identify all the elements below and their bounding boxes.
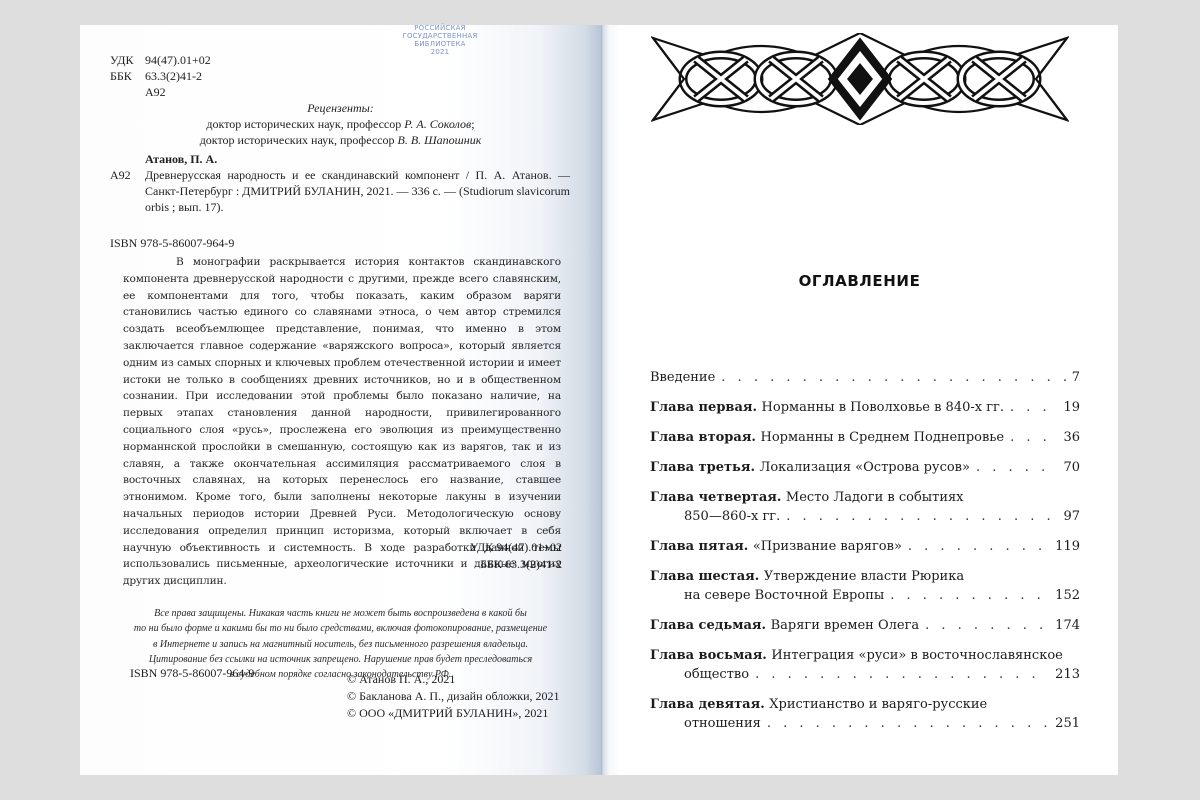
- toc-leader-dots: [908, 537, 1049, 556]
- toc-leader-dots: [1010, 398, 1057, 417]
- toc-chapter-title: Христианство и варяго-русские: [769, 697, 987, 712]
- celtic-knot-ornament-icon: [651, 33, 1069, 125]
- udk-label: УДК: [110, 52, 145, 68]
- book-spread: РОССИЙСКАЯ ГОСУДАРСТВЕННАЯ БИБЛИОТЕКА 20…: [80, 25, 1118, 775]
- rights-line: Все права защищены. Никакая часть книги …: [90, 606, 591, 621]
- isbn-top: ISBN 978-5-86007-964-9: [110, 235, 234, 251]
- toc-chapter-title: Утверждение власти Рюрика: [764, 569, 964, 584]
- toc-chapter-title: Норманны в Поволховье в 840-х гг.: [762, 400, 1004, 415]
- toc-leader-dots: [1010, 428, 1057, 447]
- reviewers-heading: Рецензенты:: [307, 101, 374, 115]
- toc-page-number: 213: [1055, 665, 1080, 684]
- toc-chapter-label: Глава пятая.: [650, 539, 753, 554]
- toc-chapter-label: Глава седьмая.: [650, 618, 771, 633]
- record-description: Древнерусская народность и ее скандинавс…: [145, 167, 570, 215]
- toc-leader-dots: [755, 665, 1049, 684]
- toc-chapter-label: Глава вторая.: [650, 430, 760, 445]
- bibliographic-record: Атанов, П. А. А92 Древнерусская народнос…: [110, 151, 570, 215]
- toc-leader-dots: [925, 616, 1049, 635]
- toc-chapter-title: отношения: [684, 716, 761, 731]
- toc-chapter-label: Глава третья.: [650, 460, 760, 475]
- bbk-footer: ББК 63.3(2)41-2: [380, 556, 562, 573]
- udk-footer: УДК 94(47).01+02: [380, 539, 562, 556]
- author-sign: А92: [145, 84, 166, 100]
- rights-line: то ни было форме и какими бы то ни было …: [90, 621, 591, 636]
- toc-leader-dots: [767, 714, 1049, 733]
- toc-entry[interactable]: Глава седьмая. Варяги времен Олега174: [650, 616, 1080, 635]
- isbn-bottom: ISBN 978-5-86007-964-9: [130, 666, 254, 681]
- toc-leader-dots: [721, 368, 1065, 387]
- record-code: А92: [110, 167, 145, 215]
- toc-chapter-title: Место Ладоги в событиях: [786, 490, 964, 505]
- toc-page-number: 119: [1055, 537, 1080, 556]
- bbk-value: 63.3(2)41-2: [145, 68, 202, 84]
- right-page-contents: ОГЛАВЛЕНИЕ Введение7Глава первая. Норман…: [601, 25, 1118, 775]
- rights-line: Цитирование без ссылки на источник запре…: [90, 652, 591, 667]
- toc-page-number: 19: [1063, 398, 1080, 417]
- toc-chapter-label: Глава первая.: [650, 400, 762, 415]
- toc-entry[interactable]: Глава первая. Норманны в Поволховье в 84…: [650, 398, 1080, 417]
- classification-footer: УДК 94(47).01+02 ББК 63.3(2)41-2: [380, 539, 562, 573]
- toc-chapter-label: Глава шестая.: [650, 569, 764, 584]
- stamp-line: 2021: [385, 48, 495, 56]
- toc-chapter-title: на севере Восточной Европы: [684, 588, 884, 603]
- toc-entry[interactable]: Глава восьмая. Интеграция «руси» в восто…: [650, 646, 1080, 684]
- toc-entry[interactable]: Глава пятая. «Призвание варягов»119: [650, 537, 1080, 556]
- reviewers-block: Рецензенты: доктор исторических наук, пр…: [80, 100, 601, 148]
- left-page-imprint: РОССИЙСКАЯ ГОСУДАРСТВЕННАЯ БИБЛИОТЕКА 20…: [80, 25, 601, 775]
- toc-page-number: 174: [1055, 616, 1080, 635]
- stamp-line: РОССИЙСКАЯ: [385, 24, 495, 32]
- toc-entry[interactable]: Глава вторая. Норманны в Среднем Поднепр…: [650, 428, 1080, 447]
- copyright-line: © Бакланова А. П., дизайн обложки, 2021: [347, 688, 560, 705]
- toc-entry[interactable]: Глава девятая. Христианство и варяго-рус…: [650, 695, 1080, 733]
- toc-entry[interactable]: Глава четвертая. Место Ладоги в событиях…: [650, 488, 1080, 526]
- stamp-line: БИБЛИОТЕКА: [385, 40, 495, 48]
- reviewer-line: доктор исторических наук, профессор В. В…: [80, 132, 601, 148]
- toc-chapter-title: Норманны в Среднем Поднепровье: [760, 430, 1004, 445]
- udk-value: 94(47).01+02: [145, 52, 211, 68]
- toc-chapter-label: Глава восьмая.: [650, 648, 771, 663]
- toc-chapter-title: 850—860-х гг.: [684, 509, 780, 524]
- toc-entry[interactable]: Глава шестая. Утверждение власти Рюрикан…: [650, 567, 1080, 605]
- toc-page-number: 251: [1055, 714, 1080, 733]
- toc-entry[interactable]: Введение7: [650, 368, 1080, 387]
- toc-leader-dots: [786, 507, 1057, 526]
- toc-chapter-title: Интеграция «руси» в восточнославянское: [771, 648, 1062, 663]
- toc-title: ОГЛАВЛЕНИЕ: [601, 272, 1118, 290]
- toc-chapter-title: Локализация «Острова русов»: [760, 460, 970, 475]
- toc-chapter-label: Глава девятая.: [650, 697, 769, 712]
- toc-chapter-title: Введение: [650, 370, 715, 385]
- toc-chapter-title: «Призвание варягов»: [753, 539, 902, 554]
- toc-leader-dots: [890, 586, 1049, 605]
- toc-entry[interactable]: Глава третья. Локализация «Острова русов…: [650, 458, 1080, 477]
- reviewer-line: доктор исторических наук, профессор Р. А…: [80, 116, 601, 132]
- toc-chapter-label: Глава четвертая.: [650, 490, 786, 505]
- rights-line: в Интернете и запись на магнитный носите…: [90, 637, 591, 652]
- toc-page-number: 70: [1063, 458, 1080, 477]
- toc-chapter-title: Варяги времен Олега: [771, 618, 920, 633]
- record-author: Атанов, П. А.: [110, 151, 570, 167]
- toc-page-number: 152: [1055, 586, 1080, 605]
- copyright-block: © Атанов П. А., 2021 © Бакланова А. П., …: [347, 671, 560, 722]
- toc-page-number: 36: [1063, 428, 1080, 447]
- toc-leader-dots: [976, 458, 1057, 477]
- table-of-contents: Введение7Глава первая. Норманны в Поволх…: [650, 368, 1080, 744]
- library-stamp: РОССИЙСКАЯ ГОСУДАРСТВЕННАЯ БИБЛИОТЕКА 20…: [385, 24, 495, 56]
- copyright-line: © ООО «ДМИТРИЙ БУЛАНИН», 2021: [347, 705, 560, 722]
- copyright-line: © Атанов П. А., 2021: [347, 671, 560, 688]
- bbk-label: ББК: [110, 68, 145, 84]
- stamp-line: ГОСУДАРСТВЕННАЯ: [385, 32, 495, 40]
- classification-codes: УДК94(47).01+02 ББК63.3(2)41-2 А92: [110, 52, 211, 100]
- toc-page-number: 7: [1072, 368, 1080, 387]
- toc-chapter-title: общество: [684, 667, 749, 682]
- toc-page-number: 97: [1063, 507, 1080, 526]
